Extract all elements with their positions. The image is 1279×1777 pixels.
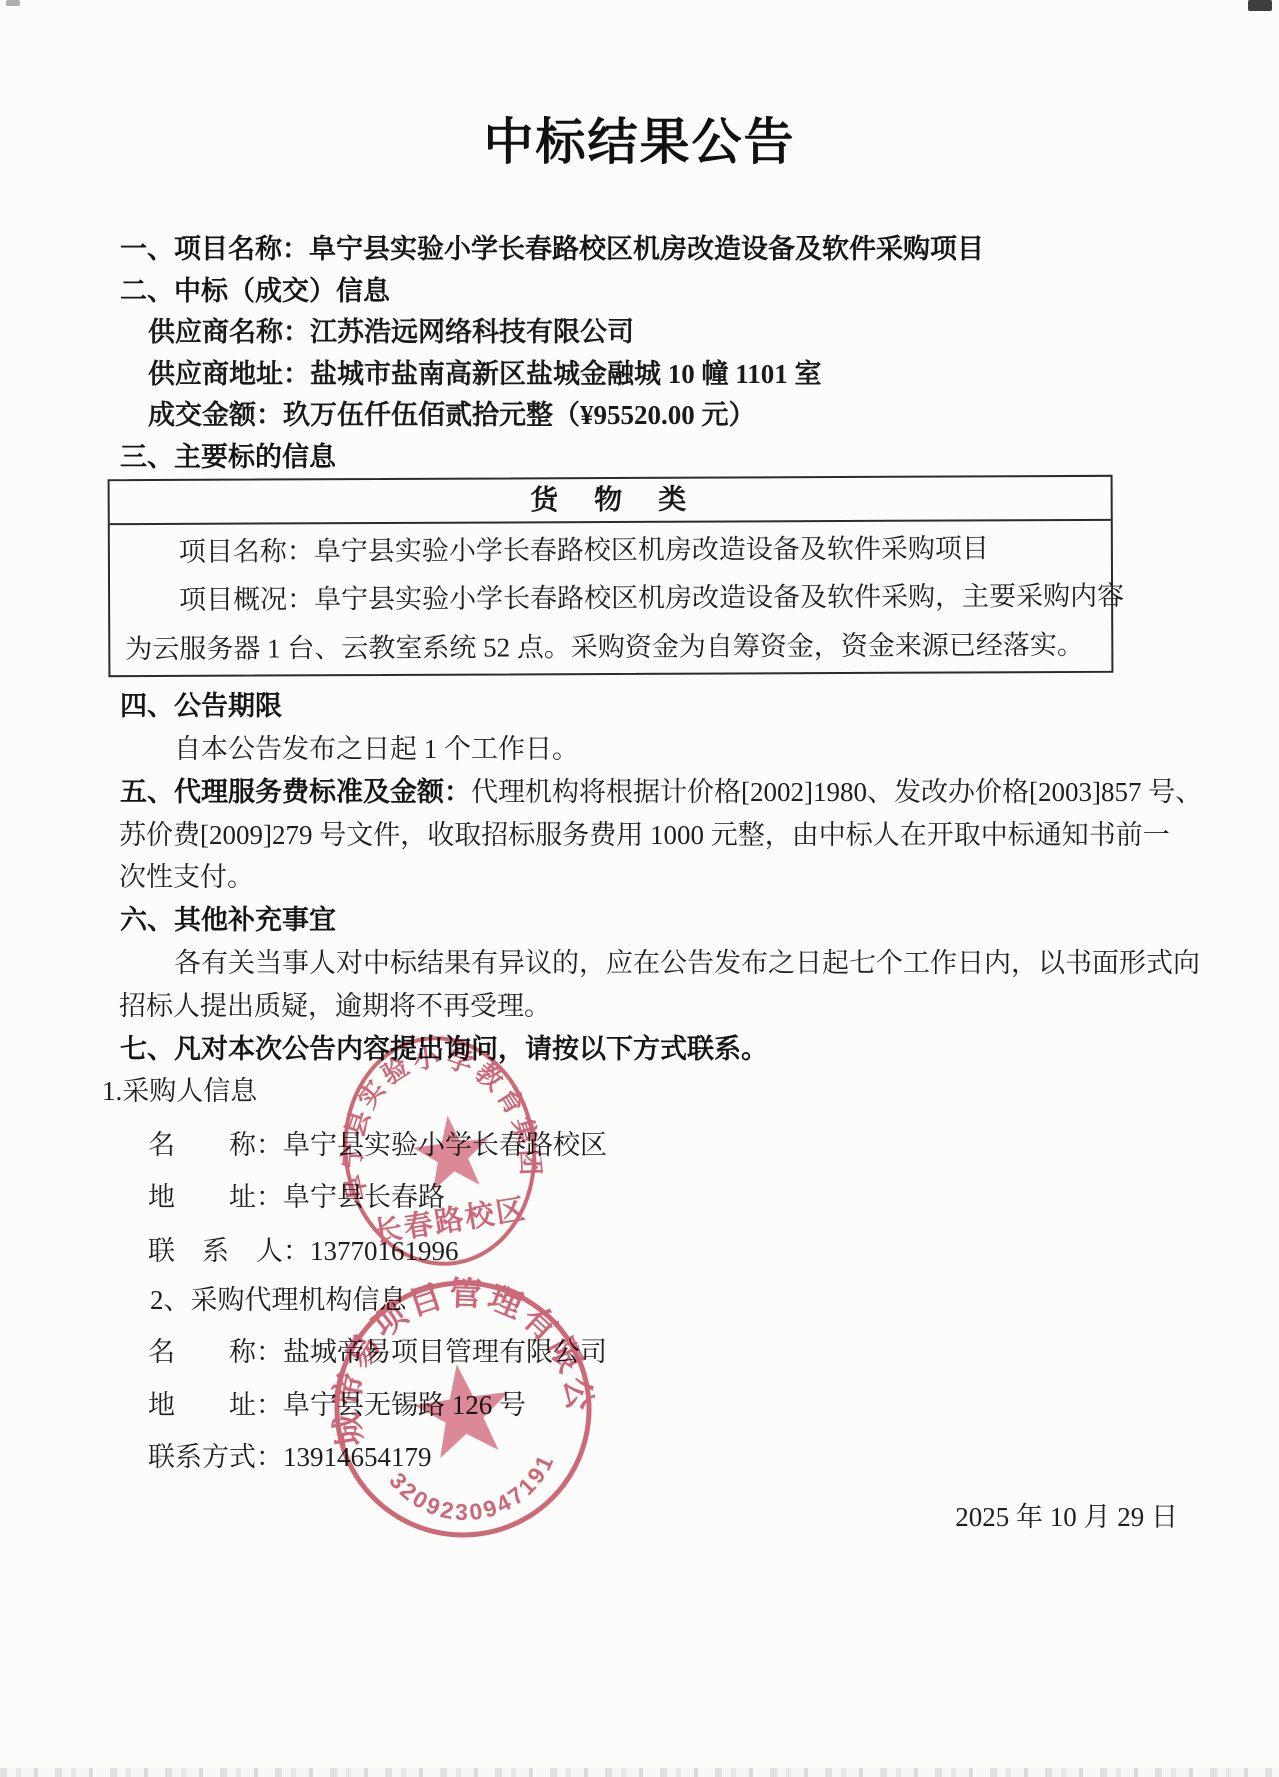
deal-amount-line: 成交金额：玖万伍仟伍佰贰拾元整（¥95520.00 元） — [148, 398, 756, 432]
section-6-line1: 各有关当事人对中标结果有异议的，应在公告发布之日起七个工作日内，以书面形式向 — [174, 946, 1200, 980]
school-stamp: 阜宁县实验小学教育集团 长春路校区 — [326, 1022, 554, 1285]
scan-artifact — [1248, 0, 1272, 11]
section-6-line2: 招标人提出质疑，逾期将不再受理。 — [119, 989, 551, 1023]
agency-stamp-star — [410, 1358, 517, 1461]
scan-edge-noise — [0, 1768, 1279, 1777]
scan-artifact — [6, 0, 20, 6]
section-3-heading: 三、主要标的信息 — [120, 440, 336, 474]
school-stamp-inner-text: 长春路校区 — [371, 1192, 529, 1249]
document-date: 2025 年 10 月 29 日 — [955, 1500, 1178, 1534]
supplier-address-line: 供应商地址：盐城市盐南高新区盐城金融城 10 幢 1101 室 — [148, 357, 822, 391]
purchaser-heading: 1.采购人信息 — [102, 1074, 257, 1108]
document-page: 中标结果公告 一、项目名称：阜宁县实验小学长春路校区机房改造设备及软件采购项目 … — [0, 0, 1279, 1777]
notice-period-line: 自本公告发布之日起 1 个工作日。 — [174, 732, 579, 766]
section-1-project-name: 一、项目名称：阜宁县实验小学长春路校区机房改造设备及软件采购项目 — [120, 232, 984, 266]
goods-table-row-overview-line2: 为云服务器 1 台、云教室系统 52 点。采购资金为自筹资金，资金来源已经落实。 — [125, 623, 1084, 666]
section-5-line1: 五、代理服务费标准及金额：代理机构将根据计价格[2002]1980、发改办价格[… — [120, 775, 1202, 809]
goods-table-row-project-name: 项目名称：阜宁县实验小学长春路校区机房改造设备及软件采购项目 — [179, 526, 989, 569]
supplier-name-line: 供应商名称：江苏浩远网络科技有限公司 — [148, 315, 634, 349]
section-6-heading: 六、其他补充事宜 — [120, 903, 336, 937]
goods-table-row-overview-line1: 项目概况：阜宁县实验小学长春路校区机房改造设备及软件采购，主要采购内容 — [179, 574, 1124, 617]
section-4-heading: 四、公告期限 — [120, 689, 282, 723]
school-stamp-star — [410, 1111, 494, 1192]
section-5-line3: 次性支付。 — [119, 860, 254, 894]
page-title: 中标结果公告 — [0, 102, 1279, 174]
agency-stamp: 盐城帝易项目管理有限公司 3209230947191 — [313, 1259, 613, 1559]
goods-table: 货 物 类 项目名称：阜宁县实验小学长春路校区机房改造设备及软件采购项目 项目概… — [108, 475, 1114, 677]
section-5-line2: 苏价费[2009]279 号文件，收取招标服务费用 1000 元整，由中标人在开… — [119, 818, 1170, 852]
section-5-text: 代理机构将根据计价格[2002]1980、发改办价格[2003]857 号、 — [471, 777, 1202, 807]
section-5-heading: 五、代理服务费标准及金额： — [120, 777, 471, 807]
goods-table-header: 货 物 类 — [110, 477, 1111, 525]
section-2-heading: 二、中标（成交）信息 — [120, 274, 390, 308]
